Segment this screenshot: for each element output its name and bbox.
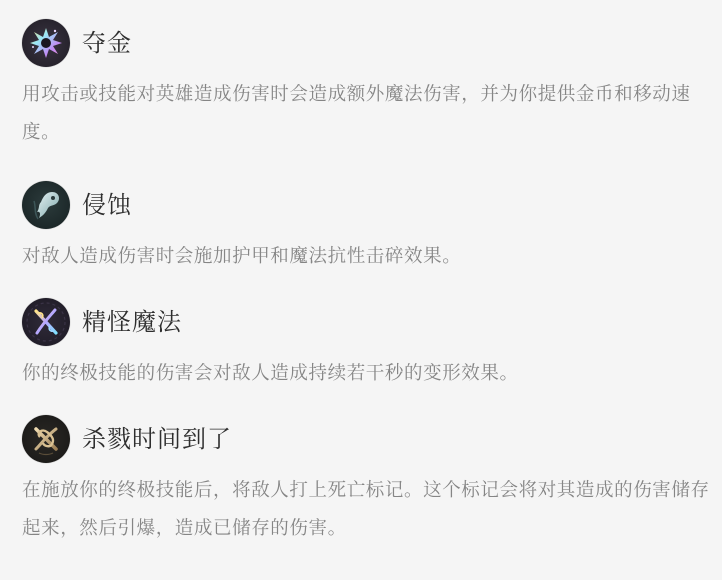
rune-item-corrosion: 侵蚀 对敌人造成伤害时会施加护甲和魔法抗性击碎效果。 [22,180,712,276]
rune-description: 你的终极技能的伤害会对敌人造成持续若干秒的变形效果。 [22,355,712,393]
corrosion-icon [22,181,70,229]
rune-description: 在施放你的终极技能后，将敌人打上死亡标记。这个标记会将对其造成的伤害储存起来，然… [22,472,712,548]
rune-title: 杀戮时间到了 [82,424,232,454]
rune-title: 夺金 [82,28,132,58]
rune-header: 夺金 [22,18,712,68]
kill-time-icon [22,415,70,463]
rune-description: 对敌人造成伤害时会施加护甲和魔法抗性击碎效果。 [22,238,712,276]
rune-description: 用攻击或技能对英雄造成伤害时会造成额外魔法伤害，并为你提供金币和移动速度。 [22,76,712,152]
fey-magic-icon [22,298,70,346]
rune-item-fey-magic: 精怪魔法 你的终极技能的伤害会对敌人造成持续若干秒的变形效果。 [22,297,712,393]
golden-spark-icon [22,19,70,67]
rune-title: 精怪魔法 [82,307,182,337]
rune-item-golden: 夺金 用攻击或技能对英雄造成伤害时会造成额外魔法伤害，并为你提供金币和移动速度。 [22,18,712,152]
rune-header: 精怪魔法 [22,297,712,347]
rune-header: 杀戮时间到了 [22,414,712,464]
rune-header: 侵蚀 [22,180,712,230]
rune-title: 侵蚀 [82,190,132,220]
rune-item-kill-time: 杀戮时间到了 在施放你的终极技能后，将敌人打上死亡标记。这个标记会将对其造成的伤… [22,414,712,548]
